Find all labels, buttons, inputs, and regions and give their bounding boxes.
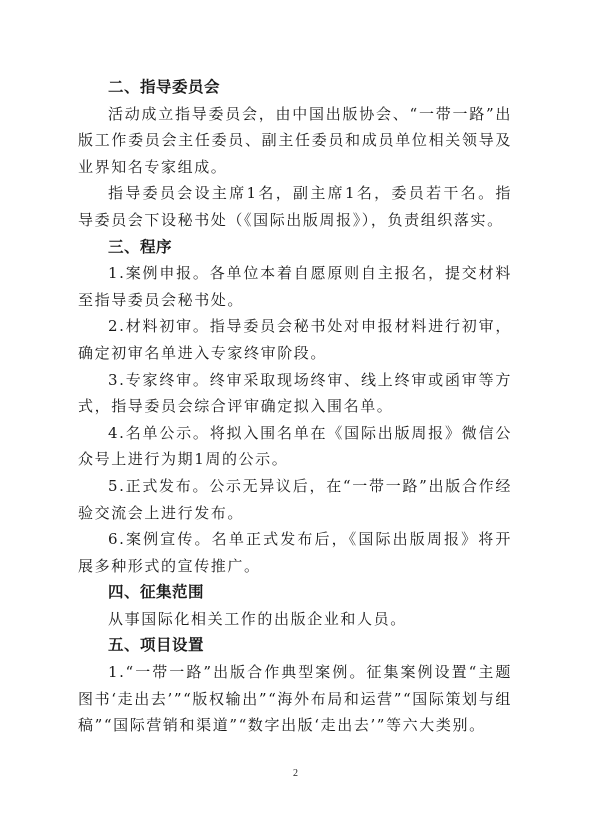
paragraph: 活动成立指导委员会，由中国出版协会、“一带一路”出版工作委员会主任委员、副主任委… xyxy=(78,101,512,181)
section-heading-committee: 二、指导委员会 xyxy=(78,74,512,101)
paragraph: 从事国际化相关工作的出版企业和人员。 xyxy=(78,606,512,633)
section-heading-procedure: 三、程序 xyxy=(78,234,512,261)
paragraph: 3.专家终审。终审采取现场终审、线上终审或函审等方式，指导委员会综合评审确定拟入… xyxy=(78,367,512,420)
section-heading-scope: 四、征集范围 xyxy=(78,579,512,606)
paragraph: 6.案例宣传。名单正式发布后，《国际出版周报》将开展多种形式的宣传推广。 xyxy=(78,526,512,579)
paragraph: 1.案例申报。各单位本着自愿原则自主报名，提交材料至指导委员会秘书处。 xyxy=(78,260,512,313)
paragraph: 1.“一带一路”出版合作典型案例。征集案例设置“主题图书‘走出去’”“版权输出”… xyxy=(78,659,512,739)
paragraph: 2.材料初审。指导委员会秘书处对申报材料进行初审，确定初审名单进入专家终审阶段。 xyxy=(78,313,512,366)
section-heading-project-settings: 五、项目设置 xyxy=(78,632,512,659)
page-number: 2 xyxy=(0,768,591,779)
paragraph: 5.正式发布。公示无异议后，在“一带一路”出版合作经验交流会上进行发布。 xyxy=(78,473,512,526)
paragraph: 4.名单公示。将拟入围名单在《国际出版周报》微信公众号上进行为期1周的公示。 xyxy=(78,420,512,473)
document-page: 二、指导委员会 活动成立指导委员会，由中国出版协会、“一带一路”出版工作委员会主… xyxy=(78,74,512,739)
paragraph: 指导委员会设主席1名，副主席1名，委员若干名。指导委员会下设秘书处（《国际出版周… xyxy=(78,180,512,233)
